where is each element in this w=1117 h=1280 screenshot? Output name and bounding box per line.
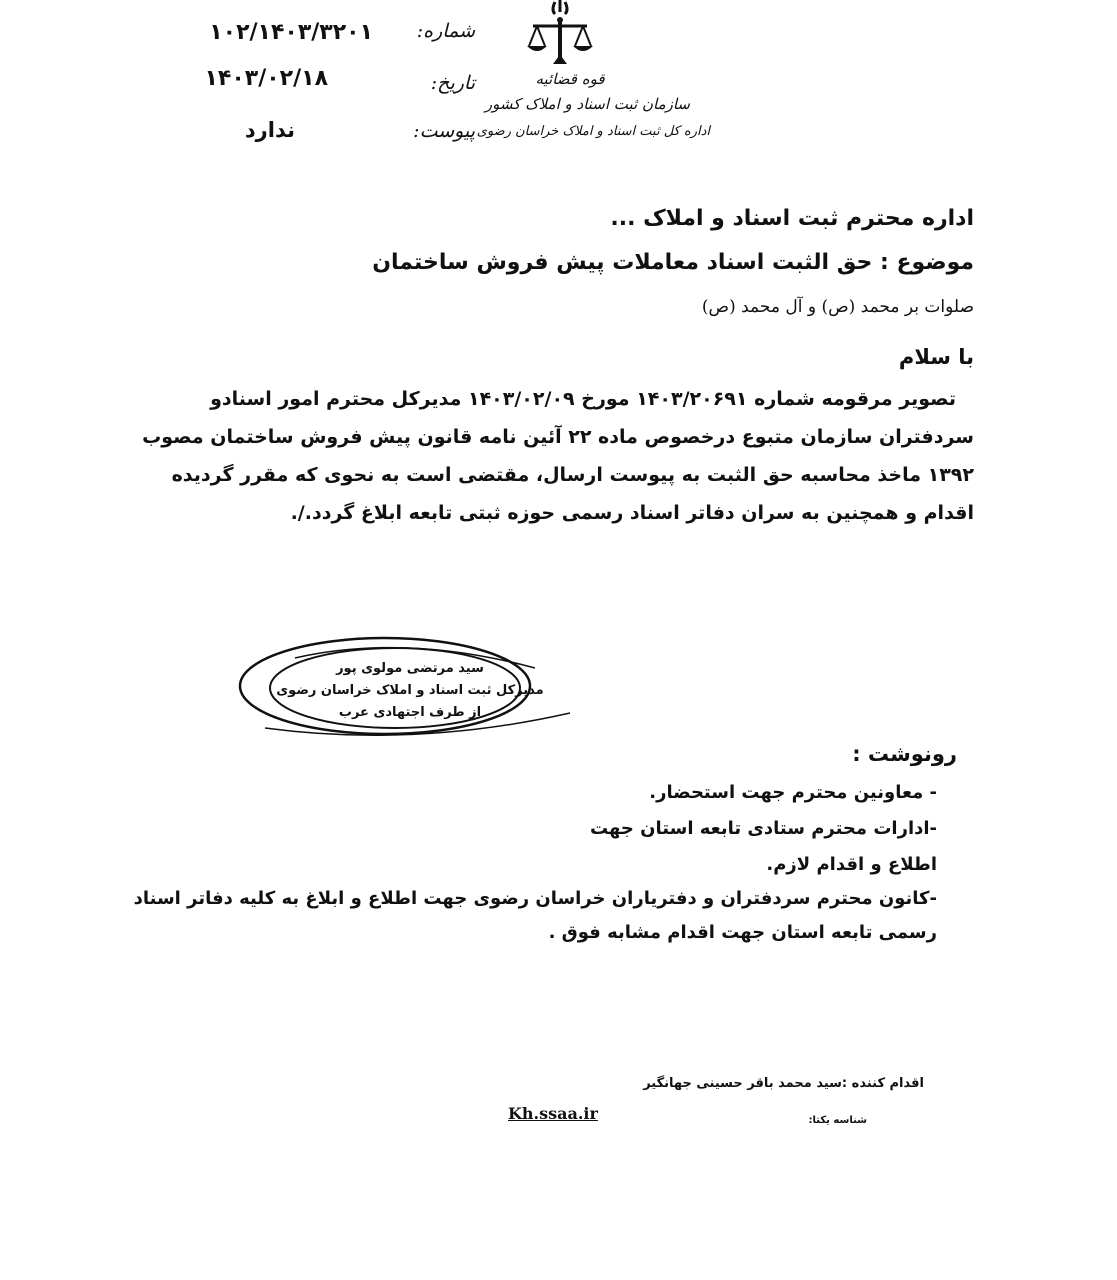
org-khorasan-office: اداره کل ثبت اسناد و املاک خراسان رضوی: [480, 124, 710, 139]
org-national-registration: سازمان ثبت اسناد و املاک کشور: [490, 95, 690, 113]
cc-item: - معاونین محترم جهت استحضار.: [649, 782, 937, 803]
website-link[interactable]: Kh.ssaa.ir: [508, 1104, 598, 1123]
stamp-line: سید مرتضی مولوی پور: [275, 658, 545, 680]
scales-of-justice-emblem-icon: [525, 0, 595, 65]
action-by: اقدام کننده :سید محمد باقر حسینی جهانگیر: [643, 1076, 924, 1091]
signature-stamp: سید مرتضی مولوی پور مدیرکل ثبت اسناد و ا…: [235, 628, 575, 748]
body-line: ۱۳۹۲ ماخذ محاسبه حق الثبت به پیوست ارسال…: [194, 456, 974, 494]
salawat: صلوات بر محمد (ص) و آل محمد (ص): [702, 297, 974, 317]
recipient: اداره محترم ثبت اسناد و املاک ...: [610, 206, 974, 231]
cc-item: -کانون محترم سردفتران و دفتریاران خراسان…: [134, 888, 937, 909]
greeting: با سلام: [899, 345, 974, 369]
cc-item: رسمی تابعه استان جهت اقدام مشابه فوق .: [549, 922, 937, 943]
number-label: شماره:: [405, 20, 475, 42]
body-line: سردفتران سازمان متبوع درخصوص ماده ۲۲ آئی…: [194, 418, 974, 456]
letter-number: ۱۰۲/۱۴۰۳/۳۲۰۱: [188, 20, 373, 45]
org-judiciary: قوه قضائیه: [530, 70, 610, 88]
letter-date: ۱۴۰۳/۰۲/۱۸: [188, 66, 328, 91]
cc-item: -ادارات محترم ستادی تابعه استان جهت: [590, 818, 937, 839]
unique-id-label: شناسه یکتا:: [809, 1115, 867, 1126]
attachment-label: پیوست:: [395, 120, 475, 142]
body-line: اقدام و همچنین به سران دفاتر اسناد رسمی …: [194, 494, 974, 532]
cc-item: اطلاع و اقدام لازم.: [766, 854, 937, 875]
letter-body: تصویر مرقومه شماره ۱۴۰۳/۲۰۶۹۱ مورخ ۱۴۰۳/…: [194, 380, 974, 532]
date-label: تاریخ:: [405, 72, 475, 94]
stamp-line: مدیرکل ثبت اسناد و املاک خراسان رضوی: [275, 680, 545, 702]
stamp-line: از طرف اجتهادی عرب: [275, 702, 545, 724]
cc-title: رونوشت :: [852, 742, 957, 766]
attachment-value: ندارد: [225, 118, 295, 142]
subject: موضوع : حق الثبت اسناد معاملات پیش فروش …: [372, 250, 974, 275]
body-line: تصویر مرقومه شماره ۱۴۰۳/۲۰۶۹۱ مورخ ۱۴۰۳/…: [194, 380, 974, 418]
